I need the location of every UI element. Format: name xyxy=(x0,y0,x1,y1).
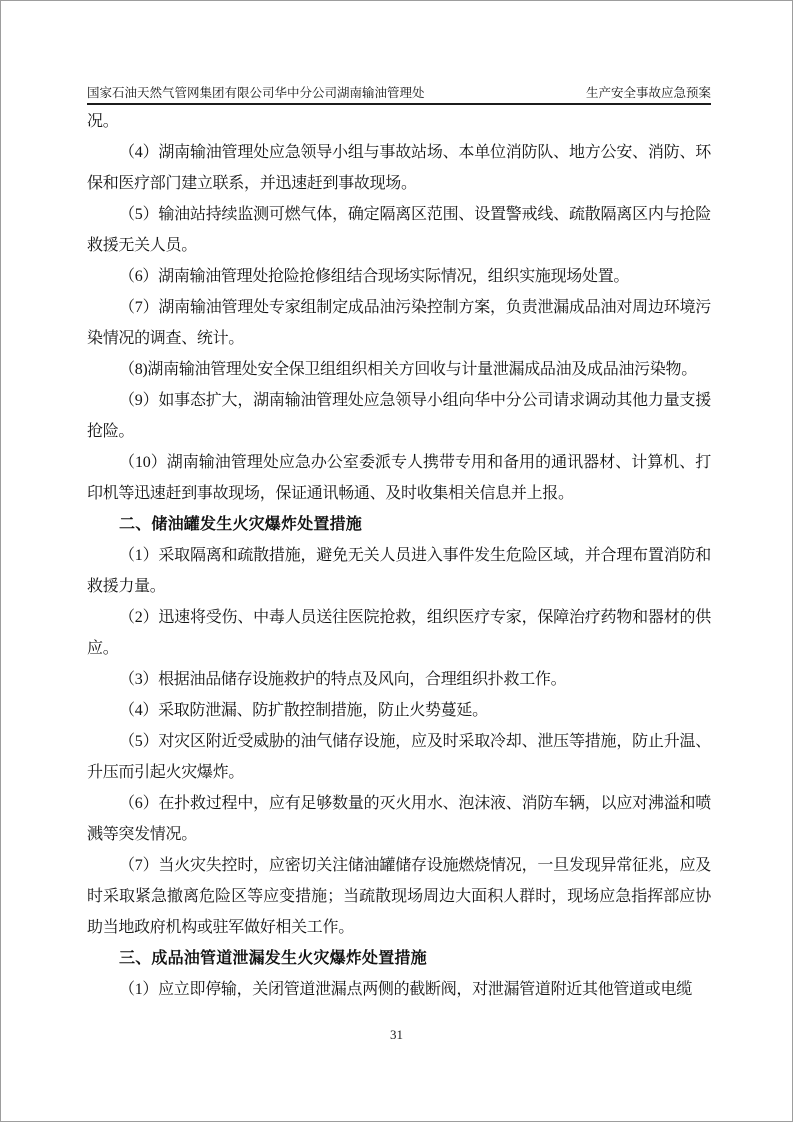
paragraph: （3）根据油品储存设施救护的特点及风向，合理组织扑救工作。 xyxy=(87,664,711,695)
paragraph: 况。 xyxy=(87,106,711,137)
paragraph: （5）输油站持续监测可燃气体，确定隔离区范围、设置警戒线、疏散隔离区内与抢险救援… xyxy=(87,199,711,261)
paragraph: （1）采取隔离和疏散措施，避免无关人员进入事件发生危险区域，并合理布置消防和救援… xyxy=(87,540,711,602)
paragraph: （7）当火灾失控时，应密切关注储油罐储存设施燃烧情况，一旦发现异常征兆，应及时采… xyxy=(87,850,711,943)
page-number: 31 xyxy=(390,1027,403,1042)
paragraph: （9）如事态扩大，湖南输油管理处应急领导小组向华中分公司请求调动其他力量支援抢险… xyxy=(87,385,711,447)
section-heading: 二、储油罐发生火灾爆炸处置措施 xyxy=(87,509,711,540)
header-company-title: 国家石油天然气管网集团有限公司华中分公司湖南输油管理处 xyxy=(87,85,425,102)
header-rule xyxy=(87,103,711,105)
paragraph: （7）湖南输油管理处专家组制定成品油污染控制方案，负责泄漏成品油对周边环境污染情… xyxy=(87,292,711,354)
page-header: 国家石油天然气管网集团有限公司华中分公司湖南输油管理处 生产安全事故应急预案 xyxy=(87,85,711,102)
paragraph: （10）湖南输油管理处应急办公室委派专人携带专用和备用的通讯器材、计算机、打印机… xyxy=(87,447,711,509)
paragraph: （6）湖南输油管理处抢险抢修组结合现场实际情况，组织实施现场处置。 xyxy=(87,261,711,292)
paragraph: （6）在扑救过程中，应有足够数量的灭火用水、泡沫液、消防车辆，以应对沸溢和喷溅等… xyxy=(87,788,711,850)
paragraph: （1）应立即停输，关闭管道泄漏点两侧的截断阀，对泄漏管道附近其他管道或电缆 xyxy=(87,974,711,1005)
header-doc-title: 生产安全事故应急预案 xyxy=(586,85,711,102)
document-page: 国家石油天然气管网集团有限公司华中分公司湖南输油管理处 生产安全事故应急预案 况… xyxy=(0,0,793,1122)
paragraph: （4）湖南输油管理处应急领导小组与事故站场、本单位消防队、地方公安、消防、环保和… xyxy=(87,137,711,199)
paragraph: （5）对灾区附近受威胁的油气储存设施，应及时采取冷却、泄压等措施，防止升温、升压… xyxy=(87,726,711,788)
paragraph: （2）迅速将受伤、中毒人员送往医院抢救，组织医疗专家，保障治疗药物和器材的供应。 xyxy=(87,602,711,664)
section-heading: 三、成品油管道泄漏发生火灾爆炸处置措施 xyxy=(87,943,711,974)
paragraph: （4）采取防泄漏、防扩散控制措施，防止火势蔓延。 xyxy=(87,695,711,726)
paragraph: （8)湖南输油管理处安全保卫组组织相关方回收与计量泄漏成品油及成品油污染物。 xyxy=(87,354,711,385)
document-body: 况。（4）湖南输油管理处应急领导小组与事故站场、本单位消防队、地方公安、消防、环… xyxy=(87,106,711,1005)
page-footer: 31 xyxy=(1,1027,792,1043)
